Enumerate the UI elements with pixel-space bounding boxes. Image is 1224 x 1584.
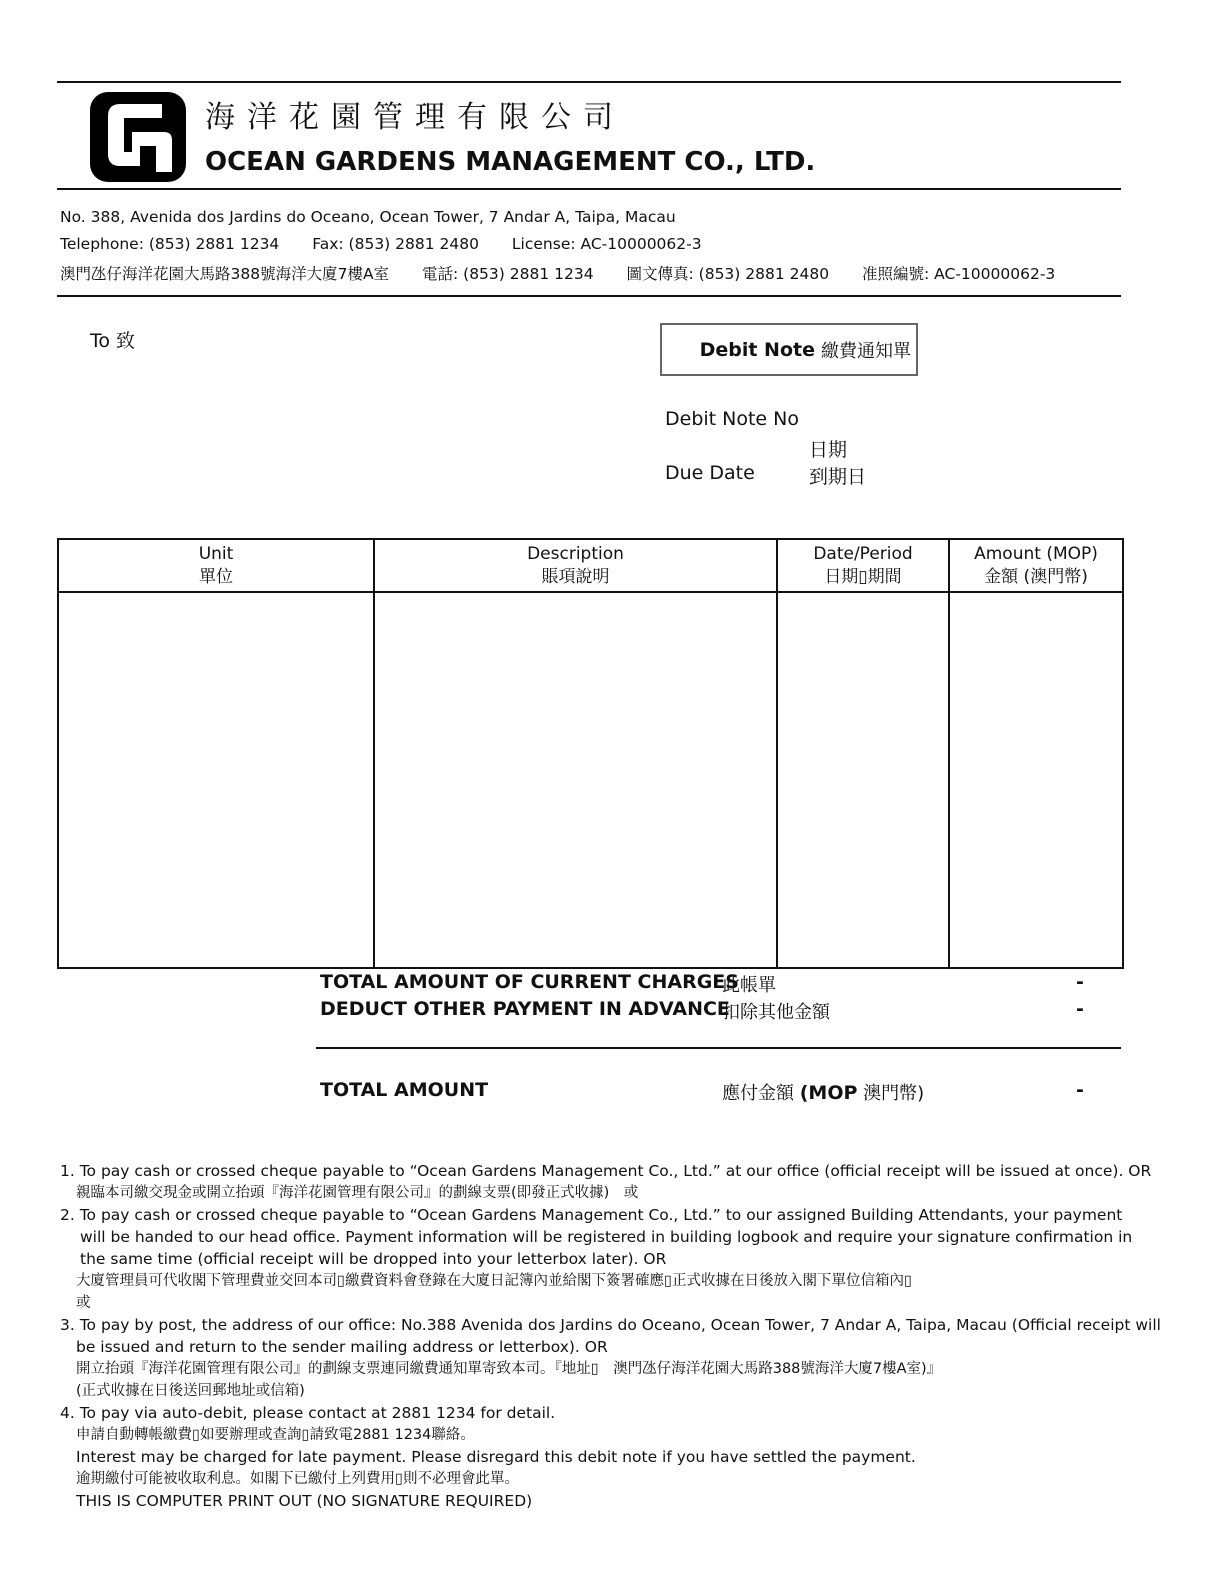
document-title-en: Debit Note <box>700 339 815 361</box>
note-2-en-line-2: will be handed to our head office. Payme… <box>60 1226 1190 1248</box>
column-header-unit: Unit 單位 <box>58 539 374 592</box>
column-header-date-period: Date/Period 日期▯期間 <box>777 539 949 592</box>
deduct-advance-label-cn: 扣除其他金額 <box>722 998 830 1024</box>
fax-cn: 圖文傳真: (853) 2881 2480 <box>627 265 830 283</box>
note-3-cn-line-1: 開立抬頭『海洋花園管理有限公司』的劃線支票連同繳費通知單寄致本司。『地址▯ 澳門… <box>60 1358 1190 1380</box>
unit-cell <box>58 592 374 968</box>
address-cn: 澳門氹仔海洋花園大馬路388號海洋大廈7樓A室 <box>60 265 389 283</box>
note-3-en-line-2: be issued and return to the sender maili… <box>60 1336 1190 1358</box>
current-charges-value: - <box>1076 971 1084 993</box>
note-2-cn: 大廈管理員可代收閣下管理費並交回本司▯繳費資料會登錄在大廈日記簿內並給閣下簽署確… <box>60 1270 1190 1292</box>
recipient-label: To 致 <box>90 326 135 353</box>
document-title-cn: 繳費通知單 <box>821 337 911 363</box>
total-amount-label: TOTAL AMOUNT <box>320 1079 488 1101</box>
due-date-label-cn: 到期日 <box>809 462 866 489</box>
date-label-cn: 日期 <box>809 435 847 462</box>
column-header-amount: Amount (MOP) 金額 (澳門幣) <box>949 539 1123 592</box>
deduct-advance-value: - <box>1076 998 1084 1020</box>
note-3-en-line-1: 3. To pay by post, the address of our of… <box>60 1314 1190 1336</box>
company-contact-cn: 澳門氹仔海洋花園大馬路388號海洋大廈7樓A室 電話: (853) 2881 1… <box>60 262 1083 284</box>
table-row <box>58 592 1123 968</box>
column-header-description: Description 賬項說明 <box>374 539 777 592</box>
telephone-en: Telephone: (853) 2881 1234 <box>60 235 279 253</box>
total-amount-value: - <box>1076 1079 1084 1101</box>
note-2-or: 或 <box>60 1292 1190 1314</box>
company-name-en: OCEAN GARDENS MANAGEMENT CO., LTD. <box>205 147 815 177</box>
header-bottom-rule <box>57 188 1121 190</box>
note-4-cn: 申請自動轉帳繳費▯如要辦理或查詢▯請致電2881 1234聯絡。 <box>60 1424 1190 1446</box>
payment-notes: 1. To pay cash or crossed cheque payable… <box>60 1160 1190 1512</box>
fax-en: Fax: (853) 2881 2480 <box>312 235 479 253</box>
interest-notice-en: Interest may be charged for late payment… <box>60 1446 1190 1468</box>
total-amount-label-cn: 應付金額 (MOP 澳門幣) <box>722 1079 924 1105</box>
license-en: License: AC-10000062-3 <box>512 235 702 253</box>
address-bottom-rule <box>57 295 1121 297</box>
telephone-cn: 電話: (853) 2881 1234 <box>422 265 594 283</box>
description-cell <box>374 592 777 968</box>
amount-cell <box>949 592 1123 968</box>
table-header-row: Unit 單位 Description 賬項說明 Date/Period 日期▯… <box>58 539 1123 592</box>
company-name-cn: 海洋花園管理有限公司 <box>205 92 625 136</box>
company-g-logo-icon <box>90 92 186 182</box>
note-1-cn: 親臨本司繳交現金或開立抬頭『海洋花園管理有限公司』的劃線支票(即發正式收據) 或 <box>60 1182 1190 1204</box>
summary-rule <box>316 1047 1121 1049</box>
note-2-en-line-3: the same time (official receipt will be … <box>60 1248 1190 1270</box>
note-1-en: 1. To pay cash or crossed cheque payable… <box>60 1160 1190 1182</box>
charges-table: Unit 單位 Description 賬項說明 Date/Period 日期▯… <box>57 538 1124 969</box>
license-cn: 准照編號: AC-10000062-3 <box>862 265 1055 283</box>
date-period-cell <box>777 592 949 968</box>
interest-notice-cn: 逾期繳付可能被收取利息。如閣下已繳付上列費用▯則不必理會此單。 <box>60 1468 1190 1490</box>
deduct-advance-label: DEDUCT OTHER PAYMENT IN ADVANCE <box>320 998 730 1020</box>
note-2-en-line-1: 2. To pay cash or crossed cheque payable… <box>60 1204 1190 1226</box>
due-date-label: Due Date <box>665 462 755 484</box>
debit-note-no-label: Debit Note No <box>665 408 799 430</box>
current-charges-label: TOTAL AMOUNT OF CURRENT CHARGES <box>320 971 739 993</box>
computer-print-notice: THIS IS COMPUTER PRINT OUT (NO SIGNATURE… <box>60 1490 1190 1512</box>
note-3-cn-line-2: (正式收據在日後送回郵地址或信箱) <box>60 1380 1190 1402</box>
document-title-box: Debit Note 繳費通知單 <box>660 323 918 376</box>
note-4-en: 4. To pay via auto-debit, please contact… <box>60 1402 1190 1424</box>
header-top-rule <box>57 81 1121 83</box>
current-charges-label-cn: 此帳單 <box>722 971 776 997</box>
company-address-en: No. 388, Avenida dos Jardins do Oceano, … <box>60 208 676 226</box>
company-contact-en: Telephone: (853) 2881 1234 Fax: (853) 28… <box>60 235 730 253</box>
